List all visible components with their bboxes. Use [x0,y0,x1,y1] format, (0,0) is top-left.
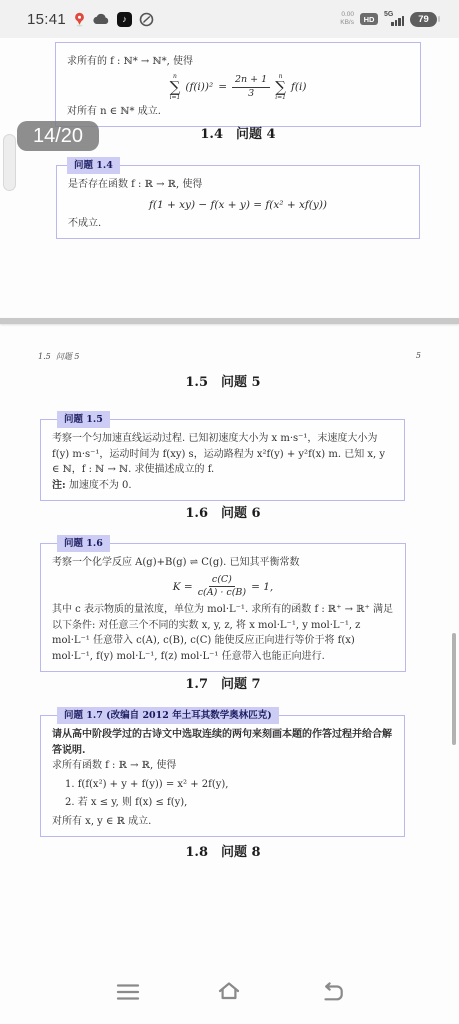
section-heading-1-8: 1.8问题 8 [40,841,406,860]
problem-note: 注: 加速度不为 0. [52,478,393,494]
problem-tab-1-6: 问题 1.6 [57,535,110,552]
formula-term: (f(i))² [185,79,213,95]
problem-text: 是否存在函数 f : ℝ → ℝ, 使得 [68,177,408,193]
sidebar-drag-handle[interactable] [3,134,16,191]
sum-formula: n ∑ i=1 (f(i))² = 2n + 1 3 n ∑ i=1 [67,74,409,101]
running-header: 1.5 问题 5 5 [38,351,421,362]
problem-text: 求所有函数 f : ℝ → ℝ, 使得 [52,758,393,774]
equals-sign: = [218,79,227,95]
fraction: c(C) c(A) · c(B) [198,575,246,600]
menu-button[interactable] [112,976,144,1008]
section-heading-1-7: 1.7问题 7 [40,673,406,692]
problem-text: 考察一个匀加速直线运动过程. 已知初速度大小为 x m·s⁻¹，末速度大小为 f… [52,431,393,478]
section-heading-1-4: 1.4问题 4 [56,123,420,142]
battery-icon: 79 [410,12,437,27]
problem-box-1-3-end: 求所有的 f : ℕ* → ℕ*, 使得 n ∑ i=1 (f(i))² = 2… [55,42,421,127]
formula-term: f(i) [291,79,306,95]
page-indicator: 14/20 [17,121,99,151]
sum-operator: n ∑ i=1 [170,74,181,101]
home-button[interactable] [213,974,245,1006]
problem-tab-1-7: 问题 1.7 (改编自 2012 年土耳其数学奥林匹克) [57,707,279,724]
location-pin-icon [73,12,86,27]
problem-text: 求所有的 f : ℕ* → ℕ*, 使得 [67,54,409,70]
problem-box-1-4: 问题 1.4 是否存在函数 f : ℝ → ℝ, 使得 f(1 + xy) − … [56,165,420,239]
scrollbar-thumb[interactable] [452,633,456,745]
problem-tab-1-5: 问题 1.5 [57,411,110,428]
music-note-glyph: ♪ [122,14,127,24]
problem-box-1-5: 问题 1.5 考察一个匀加速直线运动过程. 已知初速度大小为 x m·s⁻¹，末… [40,419,405,501]
condition-item: 2. 若 x ≤ y, 则 f(x) ≤ f(y), [52,795,393,811]
fraction: 2n + 1 3 [232,75,270,100]
problem-text: 考察一个化学反应 A(g)+B(g) ⇌ C(g). 已知其平衡常数 [52,555,394,571]
condition-item: 1. f(f(x²) + y + f(y)) = x² + 2f(y), [52,777,393,793]
home-icon [216,979,242,1002]
problem-box-1-6: 问题 1.6 考察一个化学反应 A(g)+B(g) ⇌ C(g). 已知其平衡常… [40,543,406,672]
clock: 15:41 [27,11,66,28]
navigation-bar [0,964,459,1024]
pdf-viewport[interactable]: 求所有的 f : ℕ* → ℕ*, 使得 n ∑ i=1 (f(i))² = 2… [0,38,459,1024]
signal-icon: 5G [384,12,404,27]
back-icon [321,982,345,1002]
running-header-title: 1.5 问题 5 [38,351,79,362]
tiktok-icon: ♪ [117,12,132,27]
hd-badge: HD [360,13,378,25]
problem-box-1-7: 问题 1.7 (改编自 2012 年土耳其数学奥林匹克) 请从高中阶段学过的古诗… [40,715,405,837]
section-heading-1-6: 1.6问题 6 [40,502,406,521]
problem-bold-instruction: 请从高中阶段学过的古诗文中选取连续的两句来刻画本题的作答过程并给合解答说明. [52,727,393,758]
phone-screen: 15:41 ♪ 0.00 KB/s HD 5G 79 [0,0,459,1024]
back-button[interactable] [317,976,349,1008]
network-speed: 0.00 KB/s [340,11,354,27]
page-number: 5 [416,351,421,362]
battery-percent: 79 [418,14,429,25]
section-heading-1-5: 1.5问题 5 [40,371,406,390]
browser-ring-icon [139,12,154,27]
sum-operator: n ∑ i=1 [275,74,286,101]
status-bar: 15:41 ♪ 0.00 KB/s HD 5G 79 [0,0,459,38]
problem-text: 不成立. [68,216,408,232]
problem-text: 其中 c 表示物质的量浓度，单位为 mol·L⁻¹. 求所有的函数 f : ℝ⁺… [52,602,394,664]
menu-icon [116,982,140,1002]
page-separator [0,318,459,324]
problem-tab-1-4: 问题 1.4 [67,157,120,174]
equilibrium-constant-formula: K = c(C) c(A) · c(B) = 1, [52,575,394,600]
equation: f(1 + xy) − f(x + y) = f(x² + xf(y)) [68,197,408,213]
cloud-icon [93,13,110,25]
problem-text: 对所有 x, y ∈ ℝ 成立. [52,814,393,830]
problem-text: 对所有 n ∈ ℕ* 成立. [67,104,409,120]
